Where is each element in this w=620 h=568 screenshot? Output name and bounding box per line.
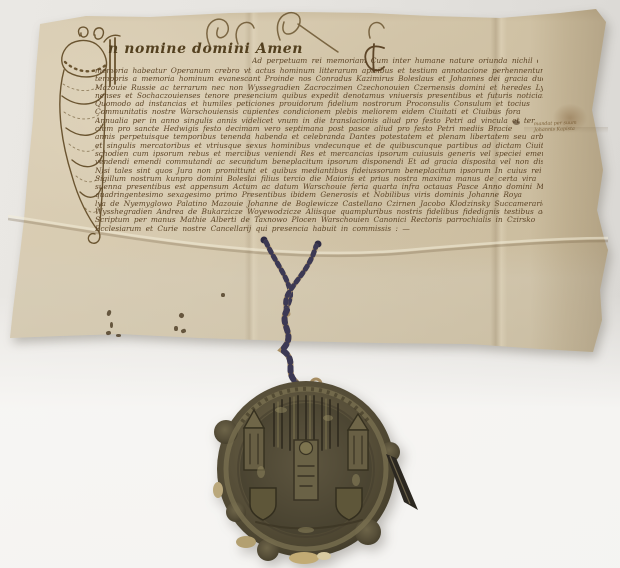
horizontal-crease: [524, 127, 608, 133]
wax-chip: [236, 536, 256, 548]
ink-stain-dot: [513, 120, 520, 125]
seal-figure-head: [300, 442, 313, 455]
manuscript-line-first: Ad perpetuam rei memoriam Cum inter huma…: [252, 56, 538, 65]
ink-speck: [174, 326, 178, 331]
photograph-of-charter: n nomine domini Amen Ad perpetuam rei me…: [0, 0, 620, 568]
opening-invocation: n nomine domini Amen: [108, 41, 303, 57]
manuscript-text-block: memoria habeatur Operanum crebro vt actu…: [95, 67, 543, 239]
cord-end-tail: [380, 446, 428, 520]
ink-speck: [116, 334, 121, 337]
ink-speck: [221, 293, 225, 297]
wax-chip: [289, 552, 319, 564]
wax-chip: [213, 482, 223, 498]
ink-speck: [110, 322, 113, 328]
wax-chip: [317, 552, 331, 560]
